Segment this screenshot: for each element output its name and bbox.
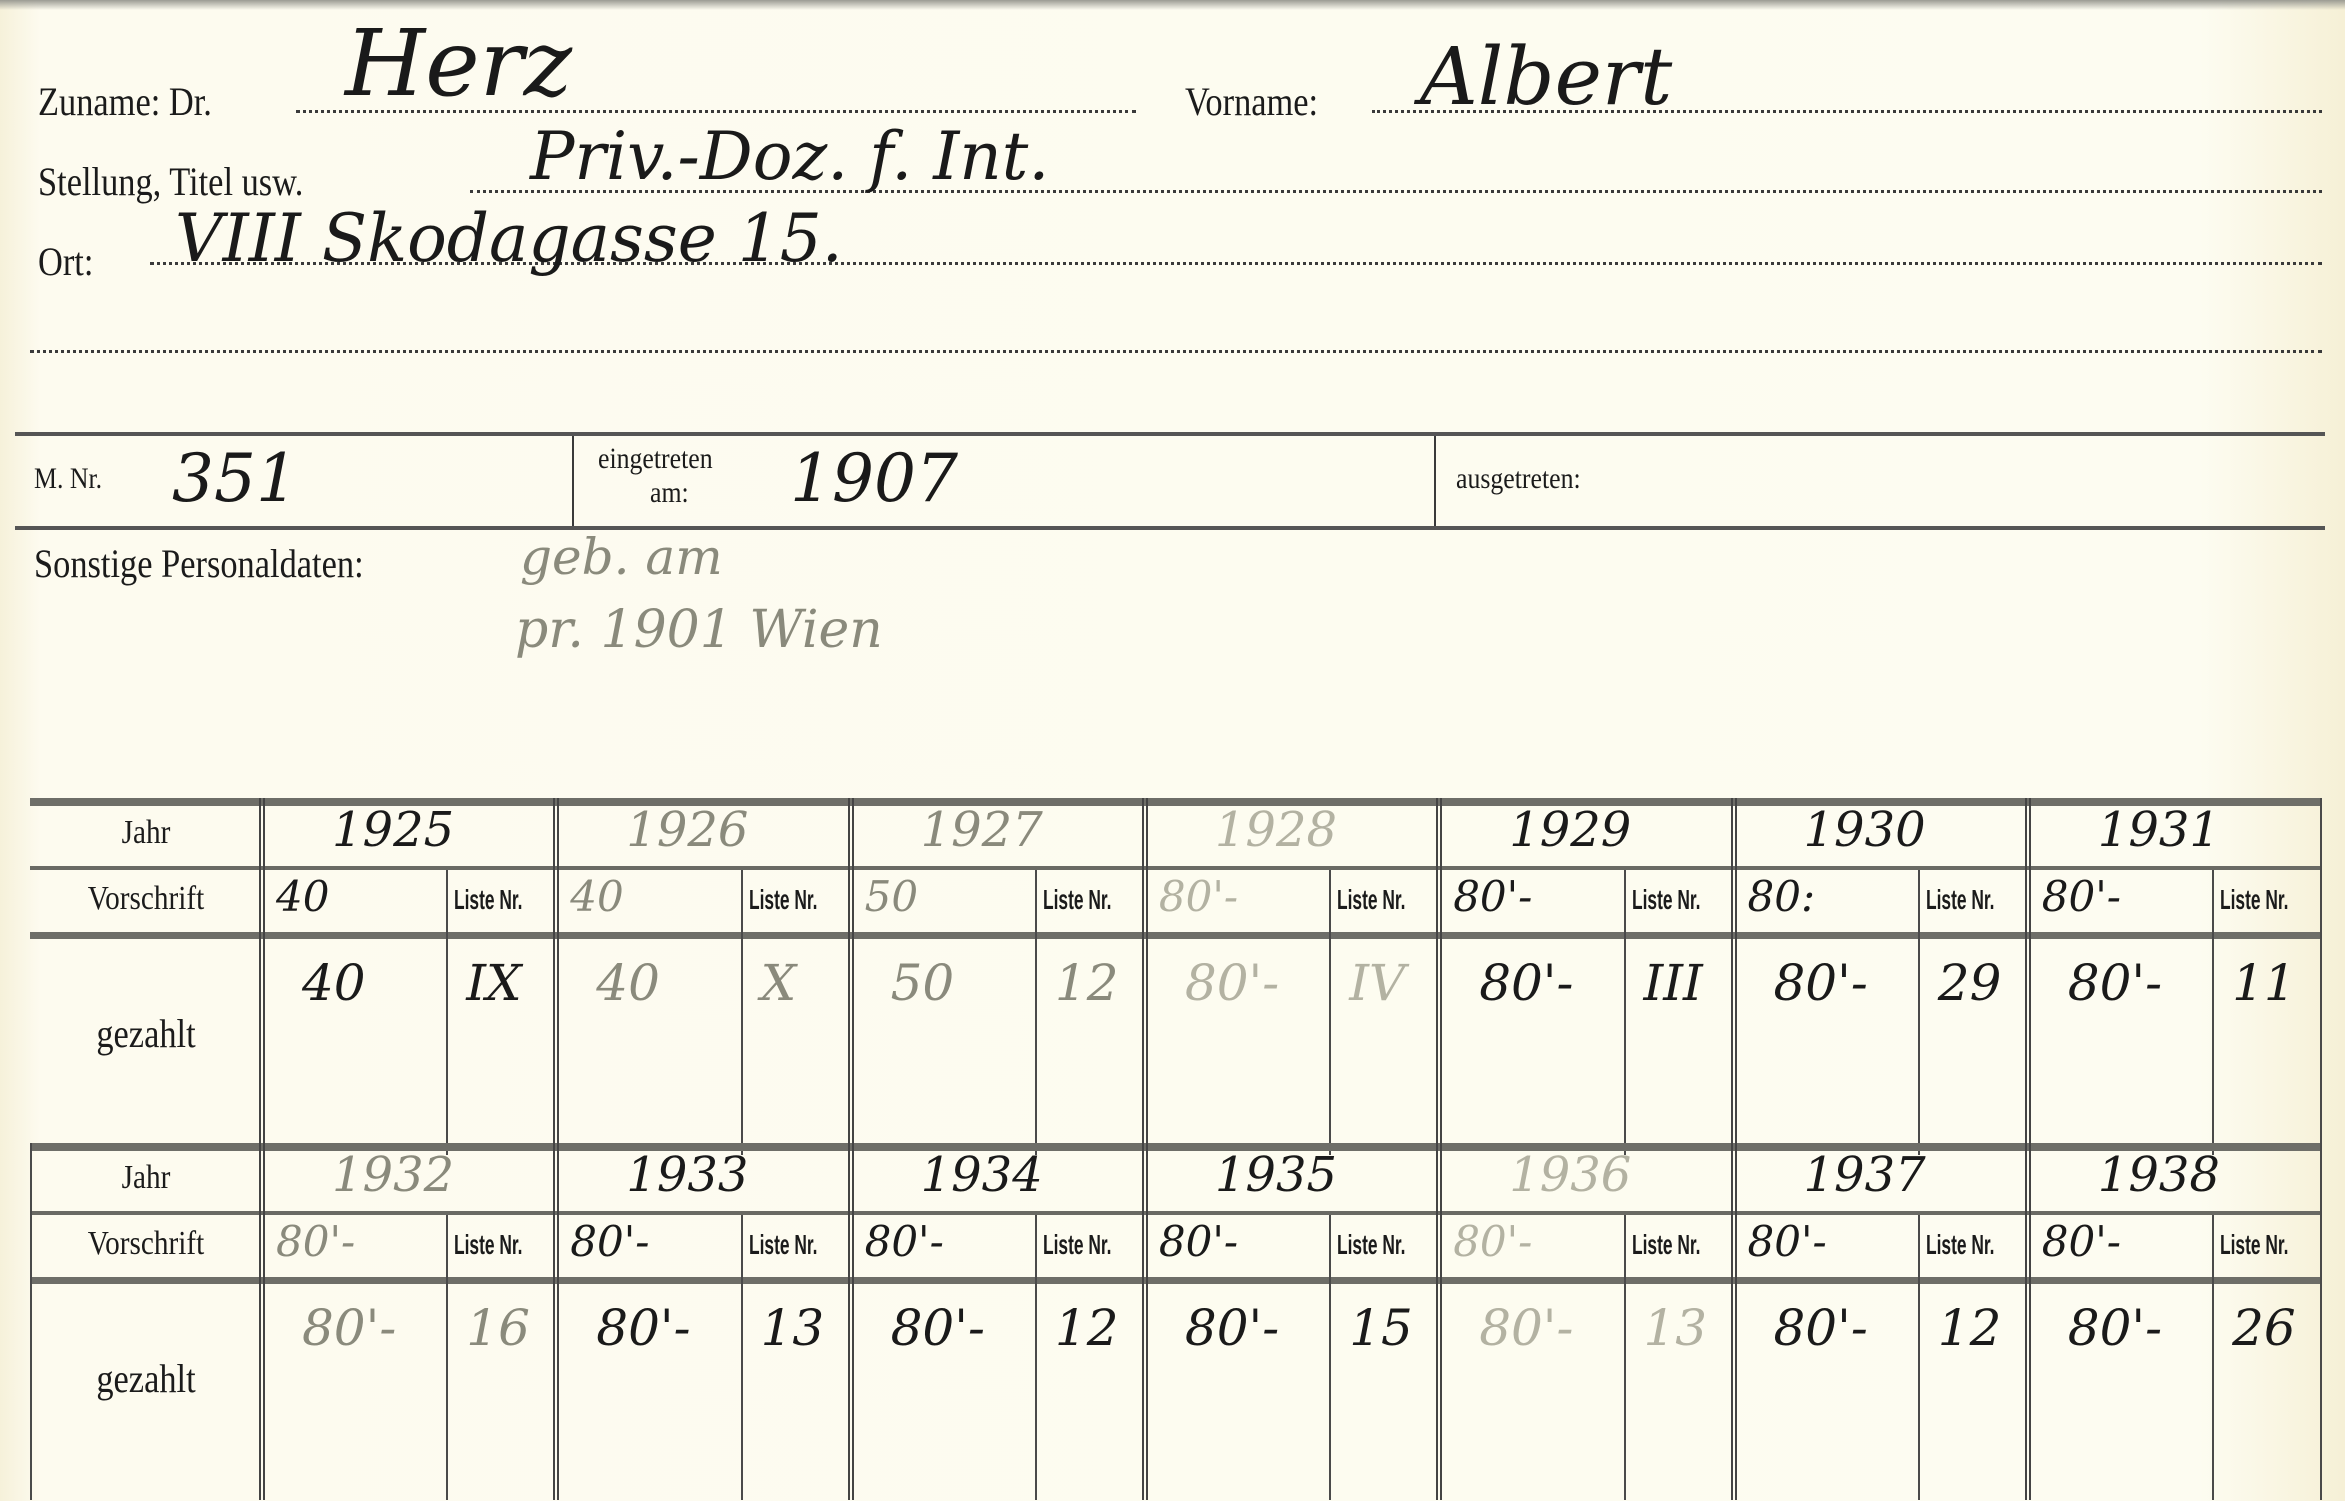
vorschrift-value: 80'- xyxy=(276,1217,355,1266)
liste-divider xyxy=(1329,1215,1331,1500)
liste-value: 15 xyxy=(1349,1299,1413,1357)
liste-divider xyxy=(741,870,743,1155)
year-column-divider xyxy=(553,798,559,1155)
liste-divider xyxy=(1329,870,1331,1155)
mnr-label: M. Nr. xyxy=(34,462,102,496)
liste-label: Liste Nr. xyxy=(1043,884,1112,916)
liste-value: III xyxy=(1644,954,1703,1012)
year-value: 1925 xyxy=(332,802,454,858)
liste-divider xyxy=(1918,870,1920,1155)
liste-value: X xyxy=(761,954,797,1012)
liste-divider xyxy=(446,870,448,1155)
liste-divider xyxy=(1035,1215,1037,1500)
vorschrift-value: 80'- xyxy=(1748,1217,1827,1266)
liste-label: Liste Nr. xyxy=(1337,1229,1406,1261)
year-column-divider xyxy=(553,1143,559,1500)
gezahlt-value: 80'- xyxy=(2068,1299,2162,1357)
mnr-bottom-rule xyxy=(15,526,2325,530)
gezahlt-value: 80'- xyxy=(891,1299,985,1357)
table-rule-gezahlt xyxy=(30,932,2322,939)
table-right-edge xyxy=(2320,1143,2322,1500)
year-column-divider xyxy=(1436,1143,1442,1500)
year-value: 1936 xyxy=(1509,1147,1631,1203)
year-value: 1929 xyxy=(1509,802,1631,858)
liste-value: 16 xyxy=(466,1299,530,1357)
liste-value: 26 xyxy=(2232,1299,2296,1357)
gezahlt-value: 40 xyxy=(302,954,366,1012)
sonstige-line-2: pr. 1901 Wien xyxy=(515,600,883,660)
gezahlt-label: gezahlt xyxy=(46,1010,246,1057)
vorschrift-value: 40 xyxy=(276,872,329,921)
liste-divider xyxy=(1624,1215,1626,1500)
vorschrift-value: 80'- xyxy=(1159,1217,1238,1266)
table-rule-vorschrift xyxy=(30,1211,2322,1215)
gezahlt-label: gezahlt xyxy=(46,1355,246,1402)
stellung-label: Stellung, Titel usw. xyxy=(38,158,303,205)
year-value: 1938 xyxy=(2098,1147,2220,1203)
liste-label: Liste Nr. xyxy=(2220,1229,2289,1261)
liste-divider xyxy=(1624,870,1626,1155)
year-column-divider xyxy=(1142,1143,1148,1500)
vorname-label: Vorname: xyxy=(1185,78,1318,125)
vorschrift-value: 80'- xyxy=(1159,872,1238,921)
year-column-divider xyxy=(1142,798,1148,1155)
table-left-edge xyxy=(30,1143,32,1500)
year-column-divider xyxy=(2025,798,2031,1155)
liste-label: Liste Nr. xyxy=(454,1229,523,1261)
year-column-divider xyxy=(1436,798,1442,1155)
membership-index-card: Zuname: Dr. Herz Vorname: Albert Stellun… xyxy=(0,0,2345,1501)
zuname-label: Zuname: Dr. xyxy=(38,78,212,125)
year-value: 1937 xyxy=(1804,1147,1926,1203)
eingetreten-am-label: am: xyxy=(650,476,689,510)
liste-divider xyxy=(741,1215,743,1500)
year-column-divider xyxy=(1731,1143,1737,1500)
gezahlt-value: 80'- xyxy=(1479,1299,1573,1357)
sonstige-line-1: geb. am xyxy=(520,528,723,586)
eingetreten-value: 1907 xyxy=(790,440,958,517)
liste-value: 13 xyxy=(1644,1299,1708,1357)
gezahlt-value: 80'- xyxy=(1774,1299,1868,1357)
extra-line xyxy=(30,350,2322,353)
year-column-divider xyxy=(259,798,265,1155)
year-column-divider xyxy=(1731,798,1737,1155)
vorschrift-value: 80'- xyxy=(865,1217,944,1266)
liste-divider xyxy=(1918,1215,1920,1500)
table-rule-vorschrift xyxy=(30,866,2322,870)
sonstige-label: Sonstige Personaldaten: xyxy=(34,540,364,587)
zuname-value: Herz xyxy=(345,10,572,117)
gezahlt-value: 80'- xyxy=(1774,954,1868,1012)
vorschrift-value: 40 xyxy=(570,872,623,921)
liste-divider xyxy=(446,1215,448,1500)
liste-value: 12 xyxy=(1055,954,1119,1012)
gezahlt-value: 80'- xyxy=(2068,954,2162,1012)
liste-value: IX xyxy=(466,954,521,1012)
liste-divider xyxy=(1035,870,1037,1155)
vorschrift-value: 50 xyxy=(865,872,918,921)
eingetreten-label: eingetreten xyxy=(598,442,713,476)
liste-value: 29 xyxy=(1938,954,2002,1012)
liste-label: Liste Nr. xyxy=(1632,1229,1701,1261)
jahr-label: Jahr xyxy=(46,814,246,852)
gezahlt-value: 80'- xyxy=(1479,954,1573,1012)
year-value: 1926 xyxy=(626,802,748,858)
mnr-value: 351 xyxy=(172,440,298,517)
mnr-divider xyxy=(572,436,574,526)
liste-label: Liste Nr. xyxy=(1043,1229,1112,1261)
ausgetreten-label: ausgetreten: xyxy=(1456,462,1581,496)
year-column-divider xyxy=(2025,1143,2031,1500)
liste-value: IV xyxy=(1349,954,1405,1012)
year-value: 1927 xyxy=(921,802,1043,858)
year-value: 1935 xyxy=(1215,1147,1337,1203)
vorschrift-value: 80'- xyxy=(2042,1217,2121,1266)
liste-label: Liste Nr. xyxy=(1926,884,1995,916)
liste-label: Liste Nr. xyxy=(1926,1229,1995,1261)
liste-label: Liste Nr. xyxy=(454,884,523,916)
gezahlt-value: 80'- xyxy=(302,1299,396,1357)
year-column-divider xyxy=(848,1143,854,1500)
liste-divider xyxy=(2212,870,2214,1155)
liste-value: 12 xyxy=(1938,1299,2002,1357)
vorschrift-value: 80'- xyxy=(2042,872,2121,921)
eingetreten-divider xyxy=(1434,436,1436,526)
liste-label: Liste Nr. xyxy=(2220,884,2289,916)
jahr-label: Jahr xyxy=(46,1159,246,1197)
year-value: 1931 xyxy=(2098,802,2220,858)
ort-label: Ort: xyxy=(38,238,93,285)
vorschrift-label: Vorschrift xyxy=(46,880,246,918)
vorschrift-value: 80'- xyxy=(570,1217,649,1266)
payment-table: JahrVorschriftgezahlt192540Liste Nr.40IX… xyxy=(30,798,2322,1495)
vorschrift-label: Vorschrift xyxy=(46,1225,246,1263)
year-value: 1932 xyxy=(332,1147,454,1203)
year-value: 1928 xyxy=(1215,802,1337,858)
gezahlt-value: 50 xyxy=(891,954,955,1012)
year-value: 1933 xyxy=(626,1147,748,1203)
vorschrift-value: 80: xyxy=(1748,872,1816,921)
year-value: 1930 xyxy=(1804,802,1926,858)
table-right-edge xyxy=(2320,798,2322,1155)
table-rule-gezahlt xyxy=(30,1277,2322,1284)
ort-value: VIII Skodagasse 15. xyxy=(175,200,843,277)
year-column-divider xyxy=(259,1143,265,1500)
liste-label: Liste Nr. xyxy=(1337,884,1406,916)
gezahlt-value: 40 xyxy=(596,954,660,1012)
vorschrift-value: 80'- xyxy=(1453,1217,1532,1266)
scan-shadow xyxy=(0,0,2345,10)
gezahlt-value: 80'- xyxy=(596,1299,690,1357)
year-value: 1934 xyxy=(921,1147,1043,1203)
liste-label: Liste Nr. xyxy=(749,884,818,916)
gezahlt-value: 80'- xyxy=(1185,1299,1279,1357)
year-column-divider xyxy=(848,798,854,1155)
gezahlt-value: 80'- xyxy=(1185,954,1279,1012)
liste-label: Liste Nr. xyxy=(749,1229,818,1261)
liste-value: 13 xyxy=(761,1299,825,1357)
liste-label: Liste Nr. xyxy=(1632,884,1701,916)
liste-value: 11 xyxy=(2232,954,2296,1012)
vorname-value: Albert xyxy=(1420,30,1672,123)
vorschrift-value: 80'- xyxy=(1453,872,1532,921)
liste-value: 12 xyxy=(1055,1299,1119,1357)
stellung-value: Priv.-Doz. f. Int. xyxy=(530,118,1049,195)
mnr-top-rule xyxy=(15,432,2325,436)
liste-divider xyxy=(2212,1215,2214,1500)
